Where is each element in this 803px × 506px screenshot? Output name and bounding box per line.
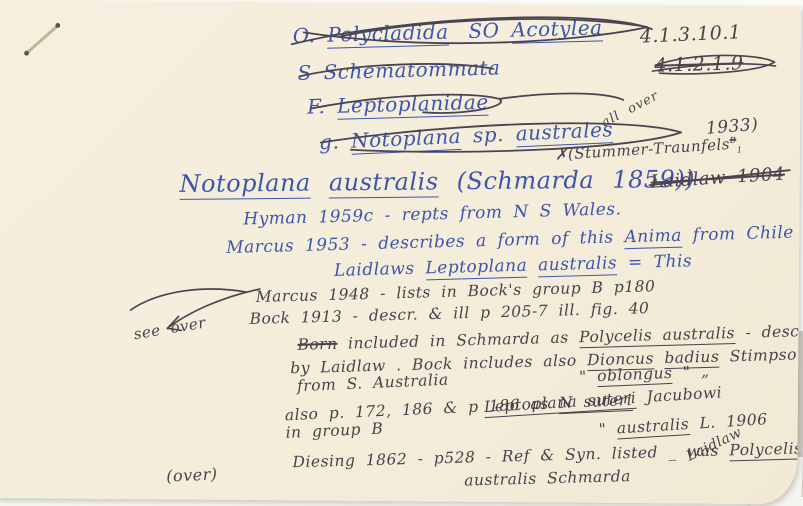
scan-background: O. Polycladida SO Acotylea 4.1.3.10.1 S … xyxy=(0,0,803,506)
author-sup-scribble: B xyxy=(729,135,736,145)
ditto-mark: " xyxy=(598,420,607,438)
marcus-1953-taxon: Anima xyxy=(624,226,682,250)
ditto-close: " „ xyxy=(683,362,710,381)
genus-name: Notoplana xyxy=(351,124,462,155)
author-subscript: 1 xyxy=(737,144,743,154)
note-locality: from S. Australia xyxy=(297,373,449,395)
taxonomy-family-line: F. Leptoplanidae xyxy=(307,92,489,117)
included-struck-word: Born xyxy=(297,335,338,354)
section-name: Schematommata xyxy=(323,55,500,84)
ditto-open: " xyxy=(579,368,587,386)
heading-species: australis xyxy=(329,167,439,198)
catalog-code-old: 4.1.2.1.9 xyxy=(654,54,744,75)
australis-1906-species: australis xyxy=(616,415,690,439)
lepto-suteri-author: Jacubowi xyxy=(646,383,723,406)
dioncus-author: Stimpson 1857 xyxy=(730,344,801,365)
family-name: Leptoplanidae xyxy=(337,90,489,120)
diesing-text: Diesing 1862 - p528 - Ref & Syn. listed … xyxy=(292,442,719,472)
laidlaw-species: australis xyxy=(538,253,618,277)
all-over-annotation: all over xyxy=(600,89,661,129)
order-prefix: O. xyxy=(292,23,315,48)
see-over-note: see over xyxy=(133,315,207,342)
note-marcus-1953: Marcus 1953 - describes a form of this A… xyxy=(226,224,801,257)
note-diesing-1862: Diesing 1862 - p528 - Ref & Syn. listed … xyxy=(292,441,801,470)
species-heading: Notoplana australis (Schmarda 1859)) xyxy=(179,167,695,196)
oblongus-species: oblongus xyxy=(597,364,673,387)
heading-genus: Notoplana xyxy=(179,169,310,200)
family-prefix: F. xyxy=(307,94,326,118)
laidlaw-equals: = This xyxy=(628,251,693,273)
diesing-taxon: Polycelis xyxy=(729,439,801,461)
note-in-group-b: in group B xyxy=(285,421,383,441)
included-described: - described xyxy=(745,321,801,342)
suborder-prefix: SO xyxy=(468,18,500,43)
note-diesing-continued: australis Schmarda xyxy=(464,469,631,489)
taxonomy-order-line: O. Polycladida SO Acotylea xyxy=(293,17,603,45)
note-bock-1913: Bock 1913 - descr. & ill p 205-7 ill. fi… xyxy=(249,301,649,327)
genus-prefix: g. xyxy=(319,129,340,154)
taxonomy-section-line: S Schematommata xyxy=(297,57,500,82)
laidlaw-genus: Leptoplana xyxy=(425,256,527,281)
suborder-name: Acotylea xyxy=(511,15,603,43)
staple-mark xyxy=(24,23,60,56)
included-text: included in Schmarda as xyxy=(348,329,569,353)
marcus-1953-locality: from Chile . xyxy=(693,222,801,245)
over-note: (over) xyxy=(166,466,218,484)
section-prefix: S xyxy=(297,61,312,85)
marcus-1953-text: Marcus 1953 - describes a form of this xyxy=(226,228,614,258)
author-mark: ✗( xyxy=(554,145,574,164)
note-laidlaw-synonymy: Laidlaws Leptoplana australis = This xyxy=(334,253,693,280)
order-name: Polycladida xyxy=(327,19,449,48)
note-hyman-1959: Hyman 1959c - repts from N S Wales. xyxy=(243,201,621,228)
note-oblongus-ditto: " oblongus " „ xyxy=(579,364,710,385)
sp-abbr: sp. xyxy=(472,122,504,147)
included-taxon: Polycelis australis xyxy=(579,324,735,348)
index-card: O. Polycladida SO Acotylea 4.1.3.10.1 S … xyxy=(0,0,801,504)
catalog-code-current: 4.1.3.10.1 xyxy=(639,23,741,47)
laidlaw-pre: Laidlaws xyxy=(334,259,415,281)
